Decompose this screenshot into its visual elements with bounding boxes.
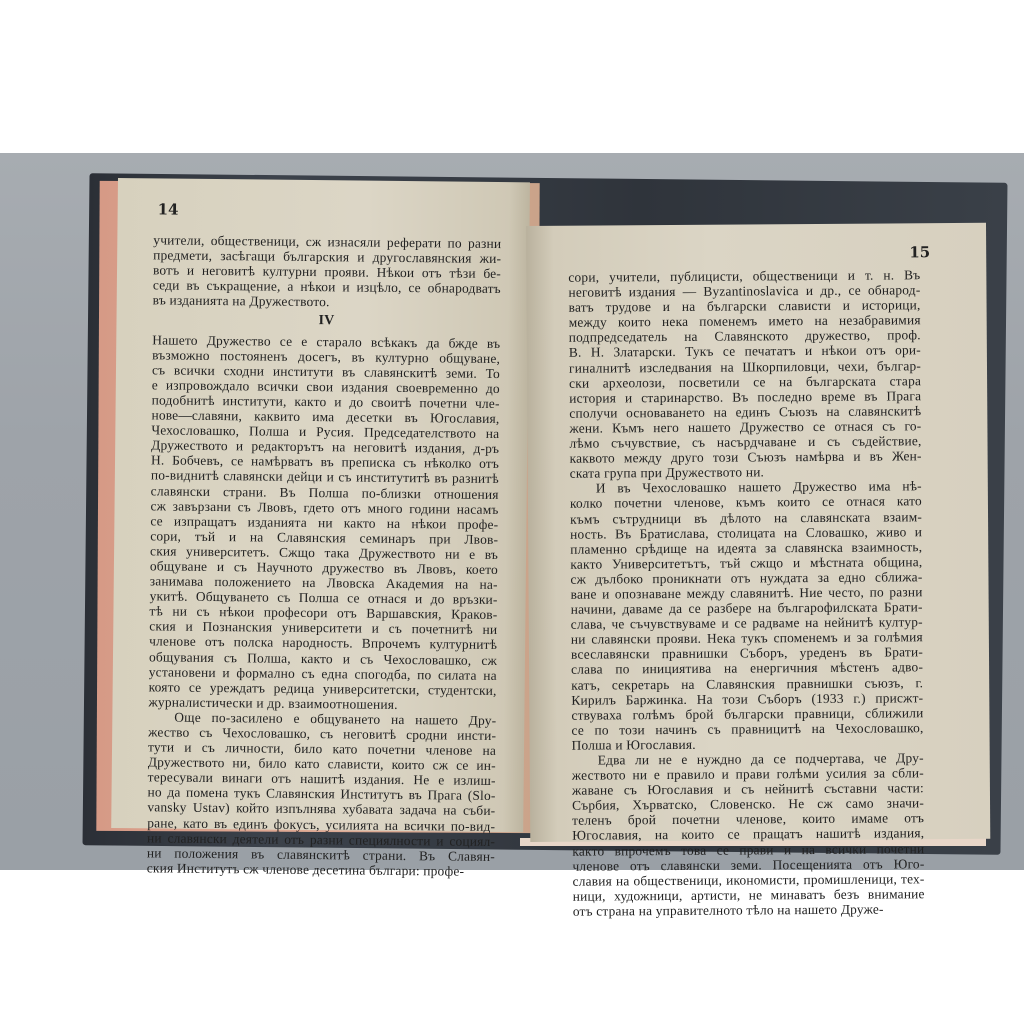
body-paragraph: И въ Чехословашко нашето Дружество има н… <box>570 479 924 753</box>
page-number: 14 <box>158 200 179 218</box>
text-line: ския Институтъ сж членове десетина бълга… <box>147 860 495 879</box>
right-page-text: сори, учители, публицисти, общественици … <box>568 267 925 918</box>
body-paragraph: Още по-засилено е общуването на нашето Д… <box>147 709 497 879</box>
text-line: колко почетни членове, къмъ които се отн… <box>570 494 922 512</box>
section-heading: IV <box>152 312 500 331</box>
text-line: отъ страна на управителното тѣло на наше… <box>573 901 925 919</box>
left-page: 14 учители, общественици, сж изнасяли ре… <box>111 178 530 832</box>
text-line: въ изданията на Дружеството. <box>153 293 501 312</box>
right-page: 15 сори, учители, публицисти, обществени… <box>526 223 990 842</box>
body-paragraph: сори, учители, публицисти, общественици … <box>568 267 921 481</box>
body-paragraph: Нашето Дружество се е старало всѣкакъ да… <box>148 332 500 713</box>
text-line: каквото между друго този Съюзъ намѣрва и… <box>570 448 922 466</box>
intro-paragraph: учители, общественици, сж изнасяли рефер… <box>153 232 502 311</box>
left-page-text: учители, общественици, сж изнасяли рефер… <box>147 232 502 879</box>
body-paragraph: Едва ли не е нуждно да се подчертава, че… <box>572 750 925 918</box>
page-number: 15 <box>909 243 930 261</box>
text-line: се по този начинъ съ правницитѣ на Чехос… <box>571 720 923 738</box>
